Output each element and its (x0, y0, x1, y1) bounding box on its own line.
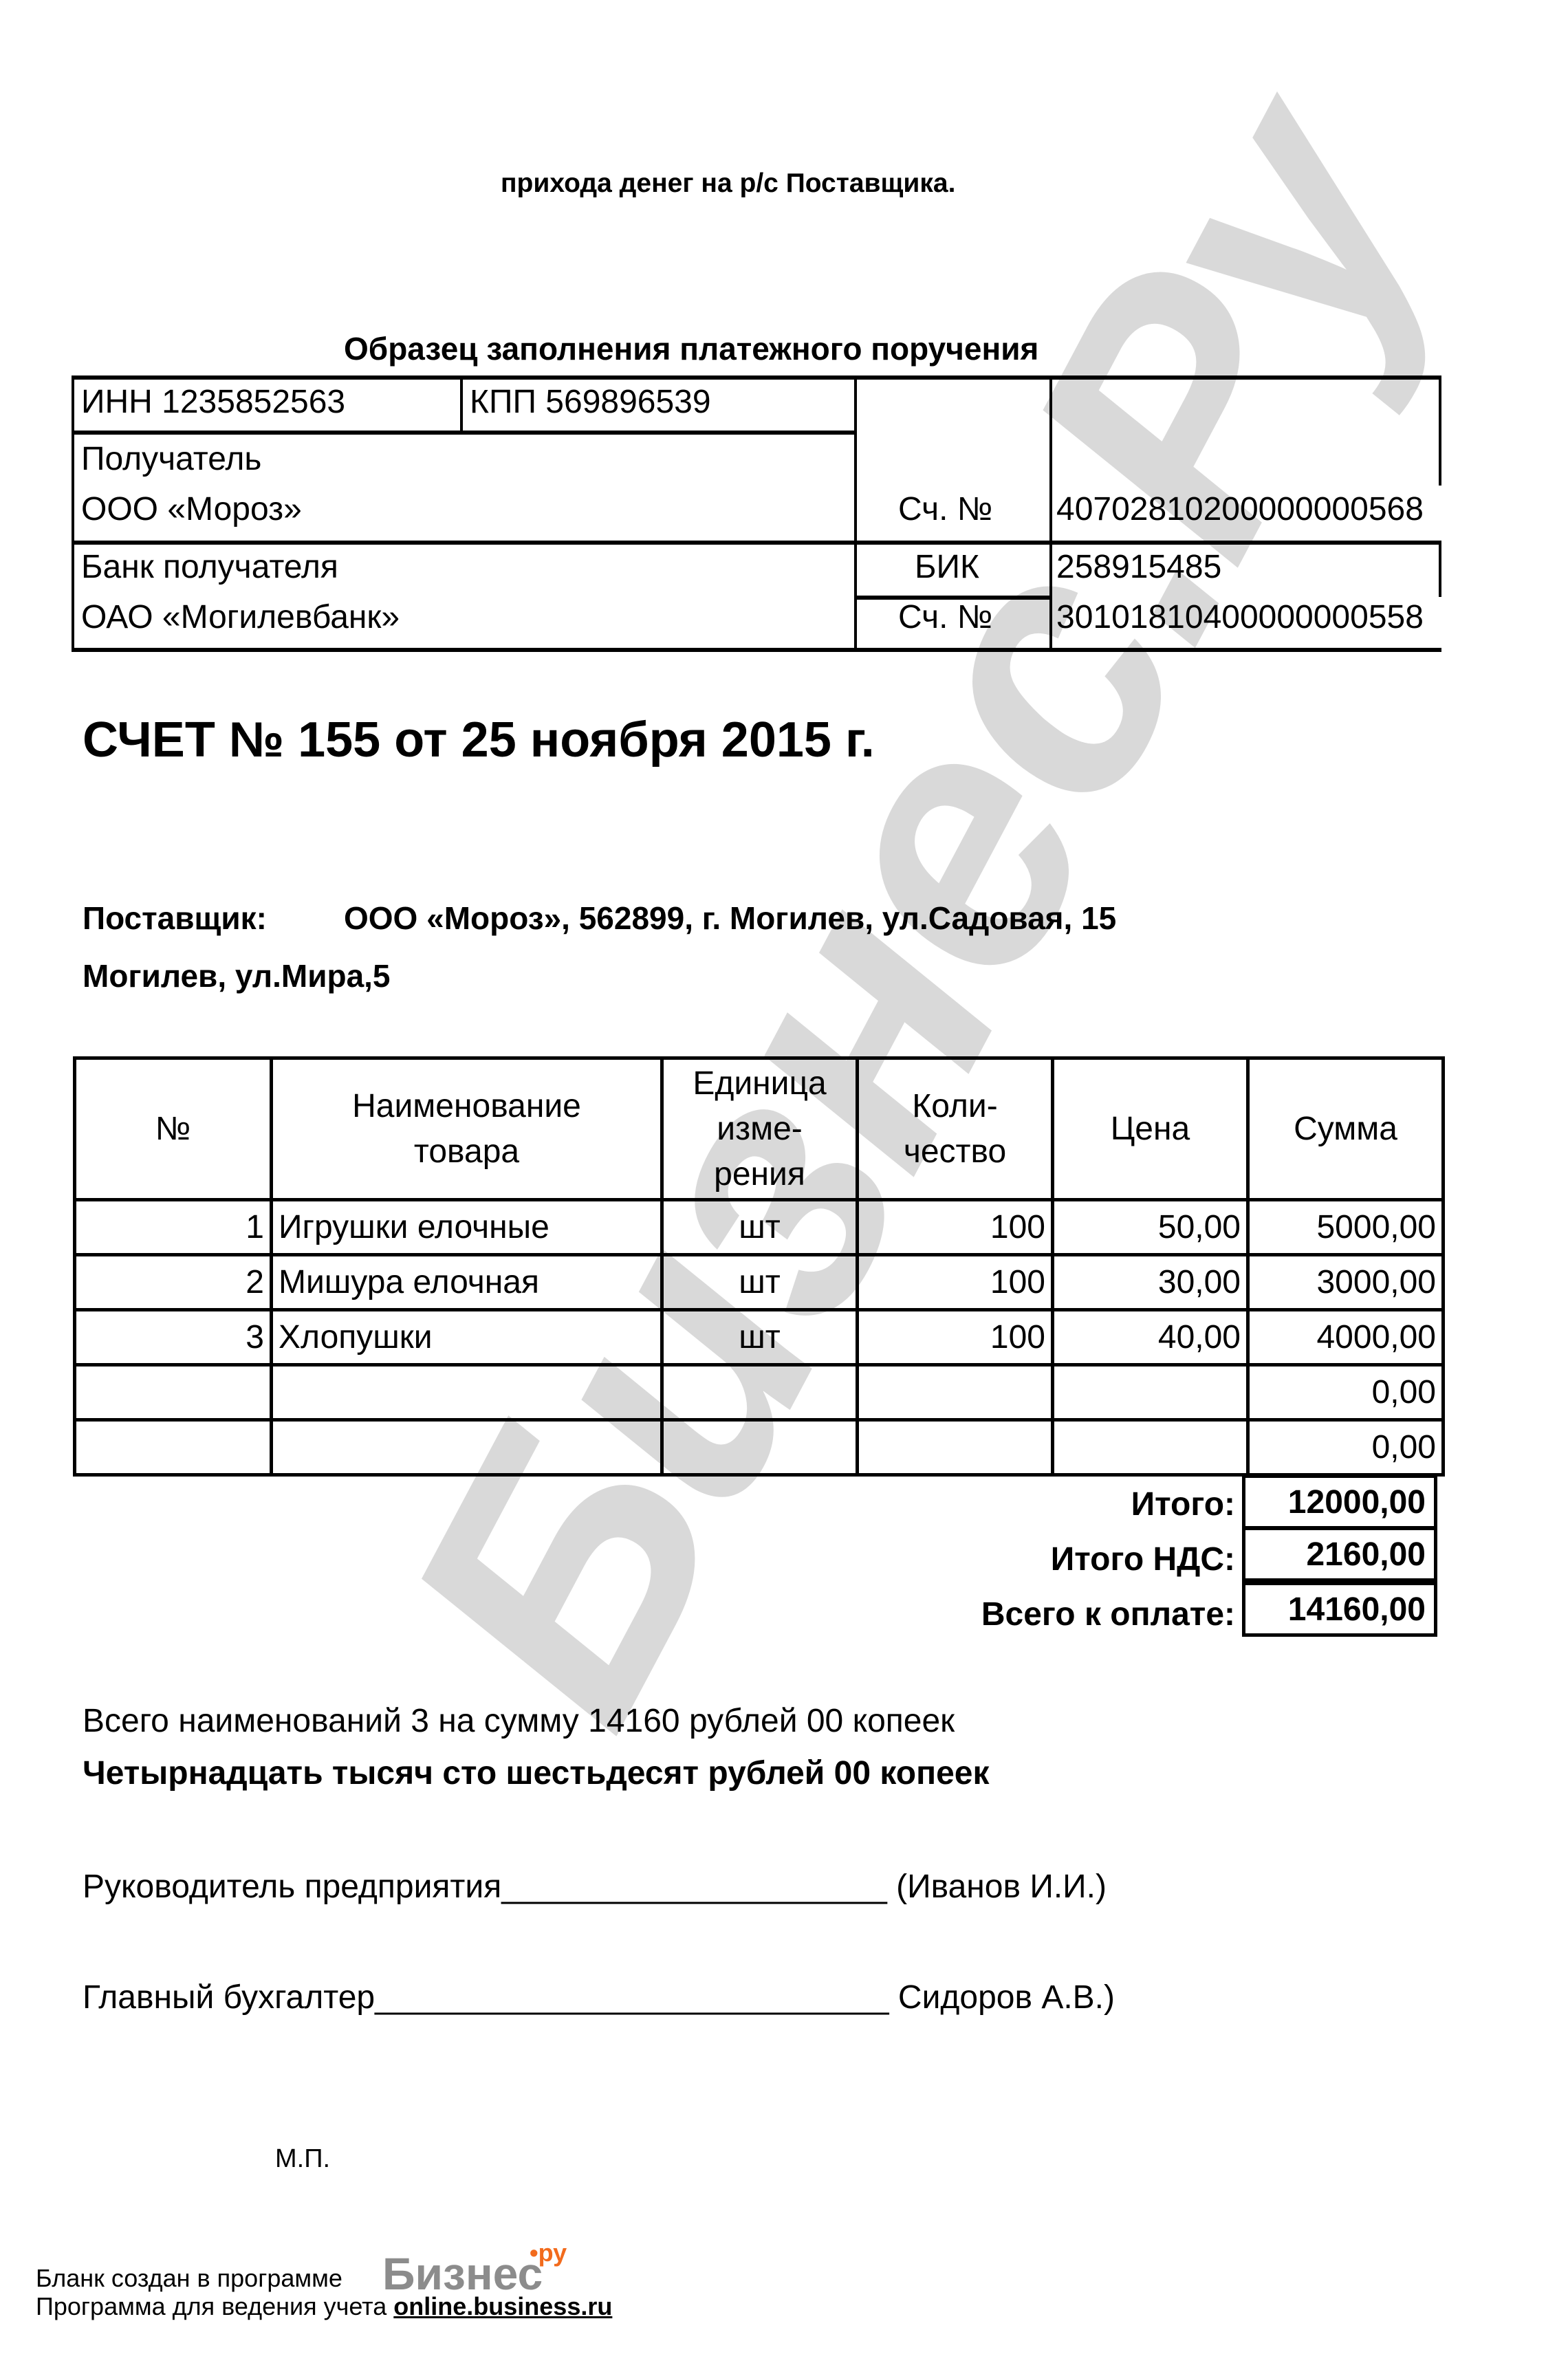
row-no (75, 1365, 272, 1420)
summary-line: Всего наименований 3 на сумму 14160 рубл… (83, 1702, 955, 1740)
bank-name: ОАО «Могилевбанк» (81, 598, 400, 636)
subtotal-label: Итого: (823, 1485, 1235, 1523)
row-unit: шт (662, 1200, 858, 1255)
row-sum: 3000,00 (1248, 1255, 1444, 1310)
accountant-label: Главный бухгалтер (83, 1979, 375, 2016)
recipient-label: Получатель (81, 440, 261, 478)
row-unit (662, 1420, 858, 1475)
row-unit: шт (662, 1255, 858, 1310)
row-name (272, 1365, 662, 1420)
row-qty: 100 (858, 1310, 1053, 1365)
row-no: 3 (75, 1310, 272, 1365)
row-price (1053, 1420, 1248, 1475)
table-row: 2 Мишура елочная шт 100 30,00 3000,00 (75, 1255, 1444, 1310)
table-row: 0,00 (75, 1420, 1444, 1475)
row-price (1053, 1365, 1248, 1420)
supplier-label: Поставщик: (83, 900, 267, 937)
amount-in-words: Четырнадцать тысяч сто шестьдесят рублей… (83, 1754, 989, 1792)
footer-program-text: Программа для ведения учета (36, 2292, 386, 2320)
header-price: Цена (1053, 1058, 1248, 1200)
invoice-title: СЧЕТ № 155 от 25 ноября 2015 г. (83, 712, 875, 768)
director-label: Руководитель предприятия (83, 1869, 501, 1905)
table-row: 3 Хлопушки шт 100 40,00 4000,00 (75, 1310, 1444, 1365)
director-signature-line: _____________________ (501, 1869, 887, 1905)
director-signature: Руководитель предприятия________________… (83, 1868, 1107, 1906)
row-name: Хлопушки (272, 1310, 662, 1365)
vat-label: Итого НДС: (823, 1540, 1235, 1578)
row-unit (662, 1365, 858, 1420)
row-no (75, 1420, 272, 1475)
recipient-account: 40702810200000000568 (1056, 490, 1424, 528)
bank-account: 30101810400000000558 (1056, 598, 1424, 636)
bik: 258915485 (1056, 548, 1221, 586)
supplier-address: Могилев, ул.Мира,5 (83, 957, 391, 994)
account-label: Сч. № (898, 490, 992, 528)
total-value: 14160,00 (1242, 1582, 1437, 1637)
bank-account-label: Сч. № (898, 598, 992, 636)
online-business-link[interactable]: online.business.ru (393, 2292, 612, 2320)
inn: ИНН 1235852563 (81, 383, 345, 421)
subtotal-value: 12000,00 (1242, 1474, 1437, 1529)
header-sum: Сумма (1248, 1058, 1444, 1200)
payment-sample-title: Образец заполнения платежного поручения (344, 330, 1038, 367)
bank-label: Банк получателя (81, 548, 338, 586)
row-unit: шт (662, 1310, 858, 1365)
row-sum: 5000,00 (1248, 1200, 1444, 1255)
header-no: № (75, 1058, 272, 1200)
vat-value: 2160,00 (1242, 1527, 1437, 1582)
row-no: 2 (75, 1255, 272, 1310)
footer-created: Бланк создан в программе (36, 2264, 342, 2293)
items-table-header: № Наименованиетовара Единицаизме-рения К… (75, 1058, 1444, 1200)
supplier-value: ООО «Мороз», 562899, г. Могилев, ул.Садо… (344, 900, 1116, 937)
row-price: 50,00 (1053, 1200, 1248, 1255)
stamp-placeholder: М.П. (275, 2144, 330, 2174)
director-name: (Иванов И.И.) (896, 1869, 1107, 1905)
footer-program: Программа для ведения учета online.busin… (36, 2292, 612, 2321)
bik-label: БИК (915, 548, 979, 586)
row-price: 40,00 (1053, 1310, 1248, 1365)
row-sum: 0,00 (1248, 1365, 1444, 1420)
kpp: КПП 569896539 (470, 383, 711, 421)
table-row: 1 Игрушки елочные шт 100 50,00 5000,00 (75, 1200, 1444, 1255)
notice-line-3: прихода денег на р/с Поставщика. (501, 168, 955, 199)
row-qty: 100 (858, 1255, 1053, 1310)
invoice-document: ие! Оплата данного счета означает соглас… (0, 0, 1568, 2363)
row-qty (858, 1420, 1053, 1475)
row-name: Мишура елочная (272, 1255, 662, 1310)
row-name: Игрушки елочные (272, 1200, 662, 1255)
total-label: Всего к оплате: (823, 1596, 1235, 1633)
row-qty: 100 (858, 1200, 1053, 1255)
accountant-signature: Главный бухгалтер_______________________… (83, 1979, 1115, 2016)
row-price: 30,00 (1053, 1255, 1248, 1310)
header-qty: Коли-чество (858, 1058, 1053, 1200)
table-row: 0,00 (75, 1365, 1444, 1420)
header-unit: Единицаизме-рения (662, 1058, 858, 1200)
row-sum: 0,00 (1248, 1420, 1444, 1475)
accountant-signature-line: ____________________________ (375, 1979, 889, 2016)
logo-suffix: •ру (530, 2239, 567, 2267)
header-name: Наименованиетовара (272, 1058, 662, 1200)
row-sum: 4000,00 (1248, 1310, 1444, 1365)
row-no: 1 (75, 1200, 272, 1255)
row-qty (858, 1365, 1053, 1420)
row-name (272, 1420, 662, 1475)
recipient-name: ООО «Мороз» (81, 490, 302, 528)
items-table: № Наименованиетовара Единицаизме-рения К… (73, 1056, 1445, 1477)
accountant-name: Сидоров А.В.) (898, 1979, 1115, 2016)
